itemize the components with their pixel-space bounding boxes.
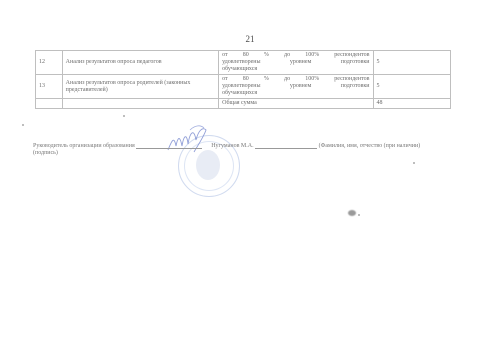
name-blank <box>255 141 317 149</box>
empty-cell <box>36 99 63 109</box>
fio-hint: (Фамилия, имя, отчество (при наличии) <box>319 143 421 149</box>
total-value: 48 <box>373 99 450 109</box>
criterion-score: 5 <box>373 51 450 75</box>
row-number: 13 <box>36 75 63 99</box>
table-row: 12 Анализ результатов опроса педагогов о… <box>36 51 451 75</box>
total-row: Общая сумма 48 <box>36 99 451 109</box>
desc-line: удовлетворены уровнем подготовки <box>222 83 369 90</box>
signer-name: Нугуманов М.А. <box>211 143 253 149</box>
desc-line: обучающихся <box>222 66 257 72</box>
row-number: 12 <box>36 51 63 75</box>
criteria-table: 12 Анализ результатов опроса педагогов о… <box>35 50 451 109</box>
criterion-description: от 80 % до 100% респондентов удовлетворе… <box>219 75 373 99</box>
podpis-hint: (подпись) <box>33 150 58 156</box>
empty-cell <box>62 99 218 109</box>
desc-line: от 80 % до 100% респондентов <box>222 52 369 59</box>
signature-blank <box>136 141 202 149</box>
speck <box>123 115 125 117</box>
signature-line: Руководитель организации образования Нуг… <box>33 141 473 149</box>
desc-line: от 80 % до 100% респондентов <box>222 76 369 83</box>
total-label: Общая сумма <box>219 99 373 109</box>
desc-line: удовлетворены уровнем подготовки <box>222 59 369 66</box>
criterion-description: от 80 % до 100% респондентов удовлетворе… <box>219 51 373 75</box>
role-label: Руководитель организации образования <box>33 143 135 149</box>
criterion-name: Анализ результатов опроса педагогов <box>62 51 218 75</box>
criterion-score: 5 <box>373 75 450 99</box>
desc-line: обучающихся <box>222 90 257 96</box>
speck <box>413 162 415 164</box>
speck <box>358 214 360 216</box>
table-row: 13 Анализ результатов опроса родителей (… <box>36 75 451 99</box>
page-number: 21 <box>0 34 500 44</box>
criterion-name: Анализ результатов опроса родителей (зак… <box>62 75 218 99</box>
speck <box>22 124 24 126</box>
ink-smudge <box>348 210 356 216</box>
